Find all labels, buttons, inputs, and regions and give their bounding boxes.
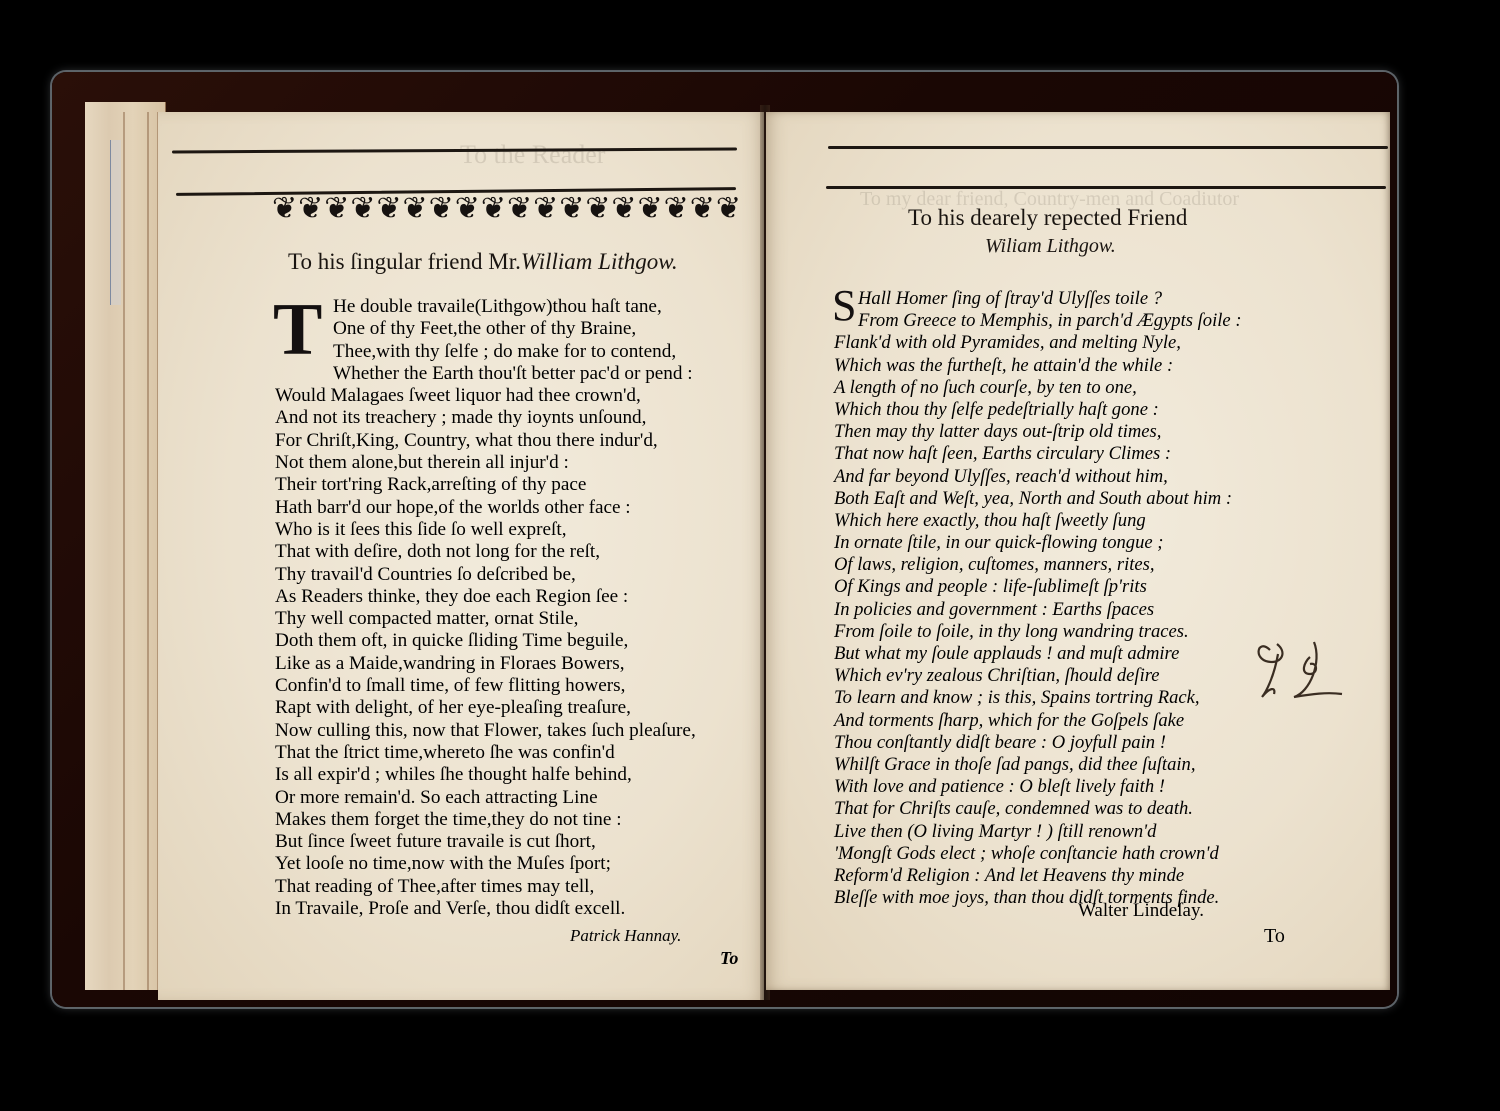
poem-line: But what my ſoule applauds ! and muſt ad… (834, 643, 1242, 665)
poem-line: A length of no ſuch courſe, by ten to on… (834, 377, 1242, 399)
poem-line: Not them alone,but therein all injur'd : (275, 452, 696, 474)
poem-line: Of laws, religion, cuſtomes, manners, ri… (834, 554, 1242, 576)
poem-line: Both Eaſt and Weſt, yea, North and South… (834, 488, 1242, 510)
fleuron-icon: ❦ (455, 187, 479, 231)
right-page-title-line1: To his dearely repected Friend (908, 205, 1187, 231)
fleuron-icon: ❦ (376, 187, 400, 231)
fleuron-icon: ❦ (403, 187, 427, 231)
fleuron-icon: ❦ (664, 187, 688, 231)
poem-line: Thee,with thy ſelfe ; do make for to con… (275, 341, 696, 363)
head-rule-bottom (826, 186, 1386, 189)
poem-line: To learn and know ; is this, Spains tort… (834, 687, 1242, 709)
left-signature: Patrick Hannay. (570, 926, 681, 946)
poem-line: Thy travail'd Countries ſo deſcribed be, (275, 564, 696, 586)
poem-line: Who is it ſees this ſide ſo well expreſt… (275, 519, 696, 541)
poem-line: Hall Homer ſing of ſtray'd Ulyſſes toile… (858, 288, 1242, 310)
poem-line: Would Malagaes ſweet liquor had thee cro… (275, 385, 696, 407)
fleuron-icon: ❦ (533, 187, 557, 231)
fleuron-icon: ❦ (272, 187, 296, 231)
fleuron-icon: ❦ (481, 187, 505, 231)
poem-line: Or more remain'd. So each attracting Lin… (275, 787, 696, 809)
left-poem: He double travaile(Lithgow)thou haſt tan… (275, 296, 696, 920)
poem-line: Which thou thy ſelfe pedeſtrially haſt g… (834, 399, 1242, 421)
poem-line: And not its treachery ; made thy ioynts … (275, 407, 696, 429)
poem-line: Rapt with delight, of her eye-pleaſing t… (275, 697, 696, 719)
poem-line: But ſince ſweet future travaile is cut ſ… (275, 831, 696, 853)
poem-line: Doth them oft, in quicke ſliding Time be… (275, 630, 696, 652)
poem-line: Their tort'ring Rack,arreſting of thy pa… (275, 474, 696, 496)
poem-line: One of thy Feet,the other of thy Braine, (275, 318, 696, 340)
right-catchword: To (1264, 925, 1285, 948)
fleuron-icon: ❦ (298, 187, 322, 231)
poem-line: In ornate ſtile, in our quick-flowing to… (834, 532, 1242, 554)
poem-line: Now culling this, now that Flower, takes… (275, 720, 696, 742)
poem-line: As Readers thinke, they doe each Region … (275, 586, 696, 608)
poem-line: Of Kings and people : life-ſublimeſt ſp'… (834, 576, 1242, 598)
page-edge-line (123, 112, 125, 990)
title-roman: To his ſingular friend Mr. (288, 249, 521, 274)
fleuron-ornament-band: ❦❦❦❦❦❦❦❦❦❦❦❦❦❦❦❦❦❦ (272, 185, 740, 233)
poem-line: Which here exactly, thou haſt ſweetly ſu… (834, 510, 1242, 532)
left-page-title: To his ſingular friend Mr.William Lithgo… (288, 249, 678, 275)
poem-line: Live then (O living Martyr ! ) ſtill ren… (834, 821, 1242, 843)
poem-line: In policies and government : Earths ſpac… (834, 599, 1242, 621)
fleuron-icon: ❦ (350, 187, 374, 231)
fleuron-icon: ❦ (324, 187, 348, 231)
right-page-title-line2: Wiliam Lithgow. (985, 235, 1116, 258)
poem-line: Yet looſe no time,now with the Muſes ſpo… (275, 853, 696, 875)
poem-line: From Greece to Memphis, in parch'd Ægypt… (858, 310, 1242, 332)
poem-line: Makes them forget the time,they do not t… (275, 809, 696, 831)
poem-line: Is all expir'd ; whiles ſhe thought half… (275, 764, 696, 786)
fleuron-icon: ❦ (611, 187, 635, 231)
poem-line: Reform'd Religion : And let Heavens thy … (834, 865, 1242, 887)
fleuron-icon: ❦ (585, 187, 609, 231)
poem-line: Thou conſtantly didſt beare : O joyfull … (834, 732, 1242, 754)
page-edge-line (147, 112, 149, 990)
poem-line: With love and patience : O bleſt lively … (834, 776, 1242, 798)
poem-line: Which was the furtheſt, he attain'd the … (834, 355, 1242, 377)
right-signature: Walter Lindeſay. (1078, 900, 1204, 922)
poem-line: Thy well compacted matter, ornat Stile, (275, 608, 696, 630)
poem-line: And torments ſharp, which for the Goſpel… (834, 710, 1242, 732)
right-poem: Hall Homer ſing of ſtray'd Ulyſſes toile… (858, 288, 1242, 909)
poem-line: In Travaile, Proſe and Verſe, thou didſt… (275, 898, 696, 920)
fleuron-icon: ❦ (716, 187, 740, 231)
fleuron-icon: ❦ (507, 187, 531, 231)
poem-line: And far beyond Ulyſſes, reach'd without … (834, 466, 1242, 488)
poem-line: That now haſt ſeen, Earths circulary Cli… (834, 443, 1242, 465)
fleuron-icon: ❦ (638, 187, 662, 231)
poem-line: 'Mongſt Gods elect ; whoſe conſtancie ha… (834, 843, 1242, 865)
fleuron-icon: ❦ (690, 187, 714, 231)
bookmark-strip (110, 140, 121, 305)
page-stack-edge (85, 102, 166, 990)
left-catchword: To (720, 948, 738, 969)
show-through-running-head: To the Reader (460, 140, 605, 170)
poem-line: Confin'd to ſmall time, of few flitting … (275, 675, 696, 697)
poem-line: He double travaile(Lithgow)thou haſt tan… (275, 296, 696, 318)
handwritten-page-number-icon (1252, 632, 1352, 732)
poem-line: That with deſire, doth not long for the … (275, 541, 696, 563)
drop-cap: S (832, 284, 856, 328)
poem-line: Hath barr'd our hope,of the worlds other… (275, 497, 696, 519)
poem-line: Flank'd with old Pyramides, and melting … (834, 332, 1242, 354)
poem-line: Whilſt Grace in thoſe ſad pangs, did the… (834, 754, 1242, 776)
head-rule-top (828, 146, 1388, 149)
poem-line: From ſoile to ſoile, in thy long wandrin… (834, 621, 1242, 643)
poem-line: Like as a Maide,wandring in Floraes Bowe… (275, 653, 696, 675)
poem-line: Whether the Earth thou'ſt better pac'd o… (275, 363, 696, 385)
poem-line: Which ev'ry zealous Chriſtian, ſhould de… (834, 665, 1242, 687)
fleuron-icon: ❦ (429, 187, 453, 231)
poem-line: Then may thy latter days out-ſtrip old t… (834, 421, 1242, 443)
poem-line: That for Chriſts cauſe, condemned was to… (834, 798, 1242, 820)
title-italic-name: William Lithgow. (521, 249, 678, 274)
poem-line: That reading of Thee,after times may tel… (275, 876, 696, 898)
poem-line: For Chriſt,King, Country, what thou ther… (275, 430, 696, 452)
poem-line: That the ſtrict time,whereto ſhe was con… (275, 742, 696, 764)
fleuron-icon: ❦ (559, 187, 583, 231)
